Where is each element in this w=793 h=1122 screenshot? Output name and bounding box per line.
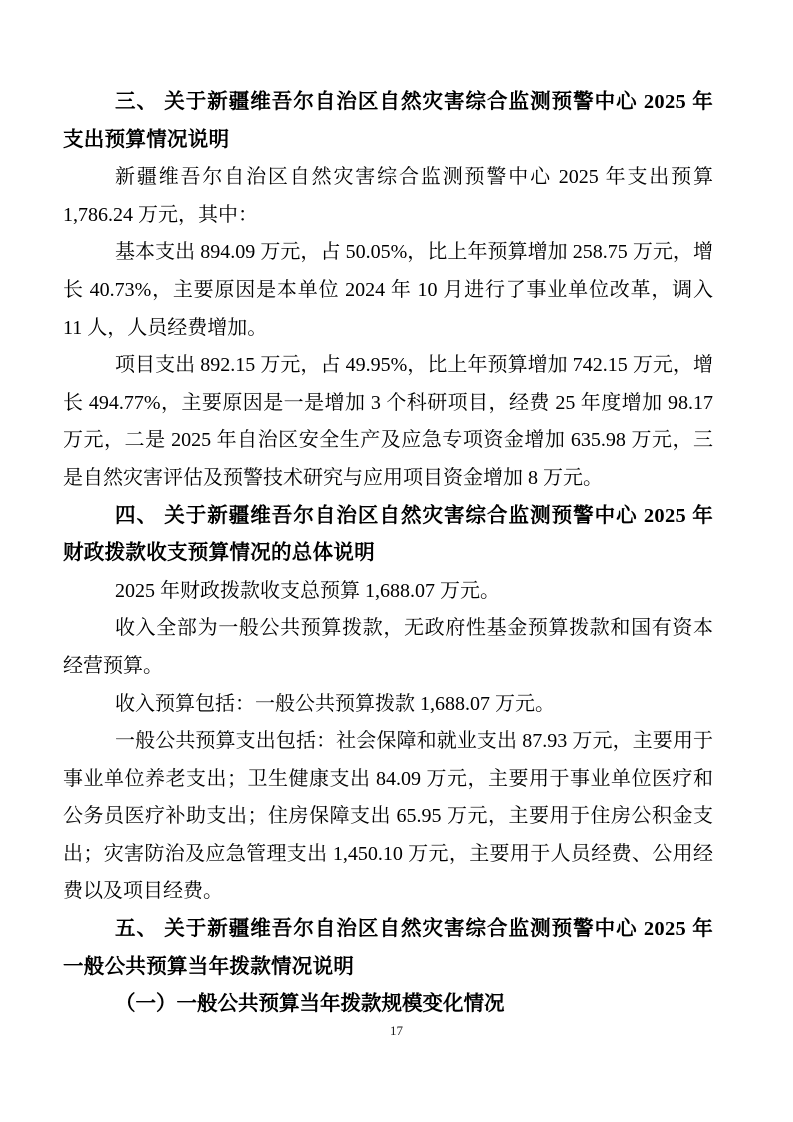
paragraph-basic-expenditure: 基本支出 894.09 万元，占 50.05%，比上年预算增加 258.75 万… xyxy=(63,234,713,347)
subsection-heading-appropriation-scale-change: （一）一般公共预算当年拨款规模变化情况 xyxy=(63,986,713,1024)
paragraph-fiscal-total-budget: 2025 年财政拨款收支总预算 1,688.07 万元。 xyxy=(63,573,713,611)
section-heading-general-public-budget: 五、 关于新疆维吾尔自治区自然灾害综合监测预警中心 2025 年一般公共预算当年… xyxy=(63,911,713,986)
paragraph-income-budget: 收入预算包括：一般公共预算拨款 1,688.07 万元。 xyxy=(63,686,713,724)
paragraph-total-expenditure: 新疆维吾尔自治区自然灾害综合监测预警中心 2025 年支出预算 1,786.24… xyxy=(63,159,713,234)
document-page: 三、 关于新疆维吾尔自治区自然灾害综合监测预警中心 2025 年支出预算情况说明… xyxy=(0,0,793,1122)
document-body: 三、 关于新疆维吾尔自治区自然灾害综合监测预警中心 2025 年支出预算情况说明… xyxy=(63,84,713,1024)
paragraph-project-expenditure: 项目支出 892.15 万元，占 49.95%，比上年预算增加 742.15 万… xyxy=(63,347,713,497)
section-heading-expenditure-budget: 三、 关于新疆维吾尔自治区自然灾害综合监测预警中心 2025 年支出预算情况说明 xyxy=(63,84,713,159)
page-number: 17 xyxy=(0,1022,793,1040)
section-heading-fiscal-appropriation: 四、 关于新疆维吾尔自治区自然灾害综合监测预警中心 2025 年财政拨款收支预算… xyxy=(63,498,713,573)
paragraph-general-public-expenditure-breakdown: 一般公共预算支出包括：社会保障和就业支出 87.93 万元，主要用于事业单位养老… xyxy=(63,723,713,911)
paragraph-income-source: 收入全部为一般公共预算拨款，无政府性基金预算拨款和国有资本经营预算。 xyxy=(63,610,713,685)
